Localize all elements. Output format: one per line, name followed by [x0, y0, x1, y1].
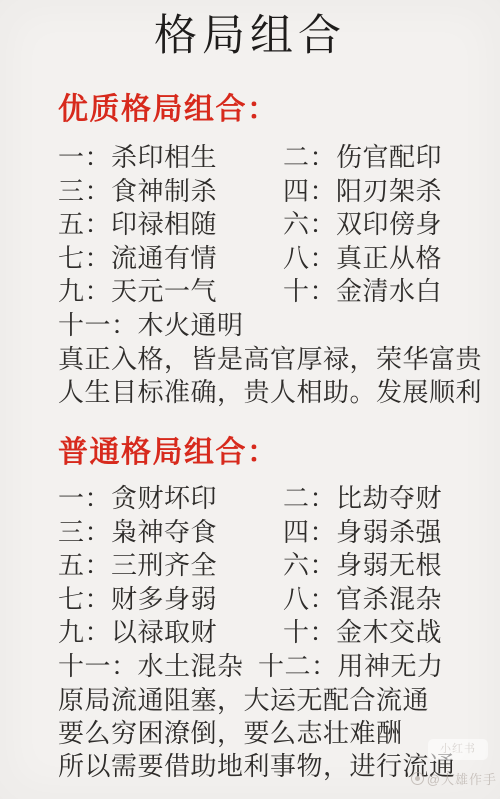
pattern-item: 五：印禄相随	[58, 208, 283, 242]
page: 格局组合 优质格局组合： 一：杀印相生 二：伤官配印 三：食神制杀 四：阳刃架杀…	[0, 0, 500, 799]
list-row: 一：杀印相生 二：伤官配印	[58, 141, 464, 175]
list-row: 七：财多身弱 八：官杀混杂	[58, 583, 464, 617]
section-premium-patterns: 优质格局组合： 一：杀印相生 二：伤官配印 三：食神制杀 四：阳刃架杀 五：印禄…	[58, 93, 464, 409]
platform-watermark-badge: 小红书	[428, 739, 488, 760]
pattern-item: 十一：水土混杂	[58, 650, 258, 684]
pattern-item: 四：身弱杀强	[283, 516, 464, 550]
author-watermark-text: @大雄作手	[427, 769, 497, 788]
list-row: 五：印禄相随 六：双印傍身	[58, 208, 464, 242]
pattern-item: 四：阳刃架杀	[283, 175, 464, 209]
pattern-item: 二：伤官配印	[283, 141, 464, 175]
section-heading-premium: 优质格局组合：	[58, 93, 464, 127]
pattern-item: 二：比劫夺财	[283, 482, 464, 516]
pattern-item: 三：食神制杀	[58, 175, 283, 209]
pattern-item: 九：以禄取财	[58, 616, 283, 650]
premium-pattern-list: 一：杀印相生 二：伤官配印 三：食神制杀 四：阳刃架杀 五：印禄相随 六：双印傍…	[58, 141, 464, 342]
summary-line: 所以需要借助地利事物，进行流通	[58, 750, 464, 783]
list-row: 九：以禄取财 十：金木交战	[58, 616, 464, 650]
summary-line: 人生目标准确，贵人相助。发展顺利	[58, 376, 464, 409]
pattern-item: 十二：用神无力	[258, 650, 464, 684]
list-row: 十一：水土混杂 十二：用神无力	[58, 650, 464, 684]
watermark-logo-icon	[411, 772, 424, 785]
list-row: 三：食神制杀 四：阳刃架杀	[58, 175, 464, 209]
summary-line: 要么穷困潦倒，要么志壮难酬	[58, 717, 464, 750]
ordinary-pattern-list: 一：贪财坏印 二：比劫夺财 三：枭神夺食 四：身弱杀强 五：三刑齐全 六：身弱无…	[58, 482, 464, 683]
ordinary-summary: 原局流通阻塞，大运无配合流通 要么穷困潦倒，要么志壮难酬 所以需要借助地利事物，…	[58, 684, 464, 783]
pattern-item: 十：金清水白	[283, 275, 464, 309]
list-row: 七：流通有情 八：真正从格	[58, 242, 464, 276]
list-row: 一：贪财坏印 二：比劫夺财	[58, 482, 464, 516]
section-ordinary-patterns: 普通格局组合： 一：贪财坏印 二：比劫夺财 三：枭神夺食 四：身弱杀强 五：三刑…	[58, 436, 464, 783]
premium-summary: 真正入格，皆是高官厚禄，荣华富贵 人生目标准确，贵人相助。发展顺利	[58, 343, 464, 409]
list-row: 九：天元一气 十：金清水白	[58, 275, 464, 309]
pattern-item: 七：流通有情	[58, 242, 283, 276]
pattern-item: 八：官杀混杂	[283, 583, 464, 617]
pattern-item: 一：杀印相生	[58, 141, 283, 175]
pattern-item: 八：真正从格	[283, 242, 464, 276]
list-row: 十一：木火通明	[58, 309, 464, 343]
page-title: 格局组合	[0, 0, 500, 61]
pattern-item: 七：财多身弱	[58, 583, 283, 617]
pattern-item: 三：枭神夺食	[58, 516, 283, 550]
list-row: 三：枭神夺食 四：身弱杀强	[58, 516, 464, 550]
pattern-item: 六：身弱无根	[283, 549, 464, 583]
summary-line: 真正入格，皆是高官厚禄，荣华富贵	[58, 343, 464, 376]
pattern-item: 一：贪财坏印	[58, 482, 283, 516]
pattern-item: 十一：木火通明	[58, 309, 283, 343]
summary-line: 原局流通阻塞，大运无配合流通	[58, 684, 464, 717]
pattern-item: 五：三刑齐全	[58, 549, 283, 583]
list-row: 五：三刑齐全 六：身弱无根	[58, 549, 464, 583]
author-watermark: @大雄作手	[411, 769, 497, 788]
pattern-item: 十：金木交战	[283, 616, 464, 650]
pattern-item	[283, 309, 464, 343]
pattern-item: 六：双印傍身	[283, 208, 464, 242]
pattern-item: 九：天元一气	[58, 275, 283, 309]
content: 优质格局组合： 一：杀印相生 二：伤官配印 三：食神制杀 四：阳刃架杀 五：印禄…	[0, 93, 500, 783]
section-heading-ordinary: 普通格局组合：	[58, 436, 464, 470]
